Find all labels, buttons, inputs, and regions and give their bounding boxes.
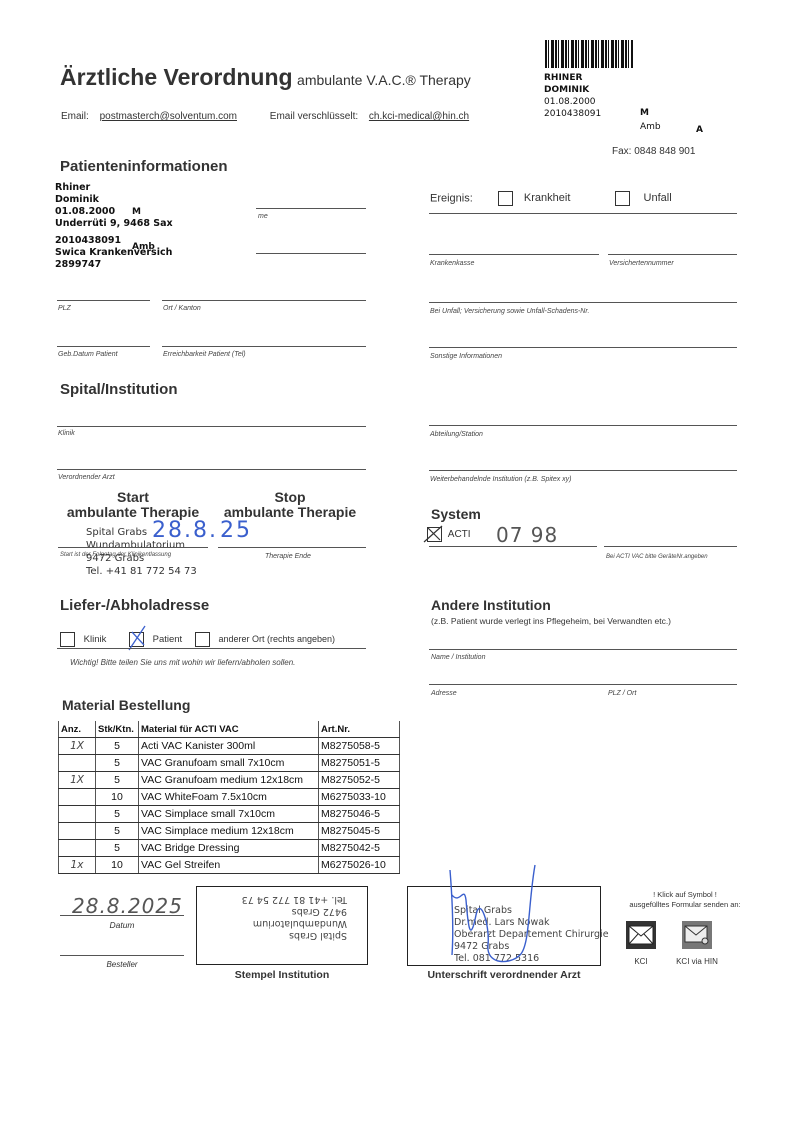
material-name-cell: VAC Simplace medium 12x18cm: [139, 823, 319, 840]
table-row: 1X5Acti VAC Kanister 300mlM8275058-5: [59, 738, 400, 755]
title-main: Ärztliche Verordnung: [60, 64, 293, 90]
start-line: [58, 547, 208, 548]
sticker-id: 2010438091: [544, 108, 601, 120]
qty-cell[interactable]: 1X: [59, 772, 96, 789]
patient-insured-no: 2899747: [55, 259, 173, 271]
department-line[interactable]: [429, 425, 737, 426]
per-box-cell: 5: [96, 823, 139, 840]
material-name-cell: VAC WhiteFoam 7.5x10cm: [139, 789, 319, 806]
send-kci-button[interactable]: [626, 921, 656, 949]
send-kci-label: KCI: [620, 957, 662, 966]
qty-cell[interactable]: [59, 823, 96, 840]
table-row: 1X5VAC Granufoam medium 12x18cmM8275052-…: [59, 772, 400, 789]
art-no-cell: M8275052-5: [319, 772, 400, 789]
name-label: me: [258, 213, 268, 220]
col-per-box: Stk/Ktn.: [96, 721, 139, 738]
qty-cell[interactable]: [59, 806, 96, 823]
event-label: Ereignis:: [430, 192, 473, 204]
form-title: Ärztliche Verordnung ambulante V.A.C.® T…: [60, 64, 471, 91]
ort-line[interactable]: [162, 300, 366, 301]
stop-line: [218, 547, 366, 548]
art-no-cell: M6275026-10: [319, 857, 400, 874]
qty-cell[interactable]: 1x: [59, 857, 96, 874]
event-line: [429, 213, 737, 214]
table-row: 5VAC Bridge DressingM8275042-5: [59, 840, 400, 857]
stamp-line-4: Tel. +41 81 772 54 73: [227, 893, 347, 905]
col-art: Art.Nr.: [319, 721, 400, 738]
illness-checkbox[interactable]: [498, 191, 513, 206]
ort-label: Ort / Kanton: [163, 305, 201, 312]
other-institution-heading: Andere Institution: [431, 597, 551, 613]
stamp-label: Stempel Institution: [196, 969, 368, 981]
insured-no-label: Versichertennummer: [609, 260, 674, 267]
art-no-cell: M8275058-5: [319, 738, 400, 755]
title-sub: ambulante V.A.C.® Therapy: [297, 72, 471, 88]
qty-cell[interactable]: 1X: [59, 738, 96, 755]
patient-lastname: Rhiner: [55, 182, 173, 194]
art-no-cell: M8275045-5: [319, 823, 400, 840]
clinic-label: Klinik: [58, 430, 75, 437]
art-no-cell: M6275033-10: [319, 789, 400, 806]
send-hin-button[interactable]: [682, 921, 712, 949]
delivery-patient-label: Patient: [153, 634, 183, 645]
envelope-icon: [628, 925, 654, 945]
per-box-cell: 5: [96, 755, 139, 772]
sticker-sex: M: [640, 107, 649, 119]
system-heading: System: [431, 506, 481, 522]
event-row: Ereignis: Krankheit Unfall: [430, 191, 672, 206]
dob-line[interactable]: [57, 346, 150, 347]
col-material: Material für ACTI VAC: [139, 721, 319, 738]
art-no-cell: M8275051-5: [319, 755, 400, 772]
accident-line[interactable]: [429, 302, 737, 303]
patient-heading: Patienteninformationen: [60, 158, 228, 175]
device-line-2: [604, 546, 737, 547]
secure-envelope-icon: [684, 924, 710, 946]
fax-number: Fax: 0848 848 901: [612, 146, 695, 157]
system-row: ACTI: [427, 527, 471, 542]
patient-label-block: Rhiner Dominik 01.08.2000 Underrüti 9, 9…: [55, 182, 173, 271]
date-line: [60, 915, 184, 916]
email-link[interactable]: postmasterch@solventum.com: [100, 111, 237, 122]
delivery-other-label: anderer Ort (rechts angeben): [218, 634, 335, 644]
acti-label: ACTI: [448, 529, 471, 540]
send-hint-1: ! Klick auf Symbol !: [605, 890, 765, 900]
stamp-line-3: 9472 Grabs: [227, 905, 347, 917]
material-heading: Material Bestellung: [62, 697, 190, 713]
per-box-cell: 5: [96, 806, 139, 823]
device-label: Bei ACTI VAC bitte GeräteNr.angeben: [606, 554, 708, 560]
delivery-clinic-label: Klinik: [84, 634, 107, 645]
table-row: 5VAC Simplace small 7x10cmM8275046-5: [59, 806, 400, 823]
institution-stamp-box[interactable]: Spital Grabs Wundambulatorium 9472 Grabs…: [196, 886, 368, 965]
delivery-patient-checkbox[interactable]: [129, 632, 144, 647]
orderer-line[interactable]: [60, 955, 184, 956]
doctor-line[interactable]: [57, 469, 366, 470]
institution-stamp: Spital Grabs Wundambulatorium 9472 Grabs…: [227, 893, 347, 941]
send-hint-2: ausgefülltes Formular senden an:: [605, 900, 765, 910]
dob-label: Geb.Datum Patient: [58, 351, 118, 358]
plz-line[interactable]: [57, 300, 150, 301]
start-heading: Start ambulante Therapie: [58, 490, 208, 520]
email-enc-label: Email verschlüsselt:: [270, 111, 358, 122]
material-name-cell: VAC Granufoam medium 12x18cm: [139, 772, 319, 789]
art-no-cell: M8275046-5: [319, 806, 400, 823]
contact-line: Email: postmasterch@solventum.com Email …: [61, 111, 469, 122]
other-plz-label: PLZ / Ort: [608, 690, 636, 697]
tel-label: Erreichbarkeit Patient (Tel): [163, 351, 246, 358]
orderer-label: Besteller: [60, 960, 184, 969]
followup-label: Weiterbehandelnde Institution (z.B. Spit…: [430, 476, 572, 483]
delivery-other-checkbox[interactable]: [195, 632, 210, 647]
accident-info-label: Bei Unfall; Versicherung sowie Unfall-Sc…: [430, 308, 589, 315]
send-hin-label: KCI via HIN: [672, 957, 722, 966]
followup-line[interactable]: [429, 470, 737, 471]
other-address-line[interactable]: [429, 684, 737, 685]
material-table: Anz. Stk/Ktn. Material für ACTI VAC Art.…: [58, 721, 400, 874]
other-address-label: Adresse: [431, 690, 457, 697]
delivery-heading: Liefer-/Abholadresse: [60, 597, 209, 614]
device-line: [429, 546, 597, 547]
email-enc-link[interactable]: ch.kci-medical@hin.ch: [369, 111, 469, 122]
table-row: 5VAC Simplace medium 12x18cmM8275045-5: [59, 823, 400, 840]
other-info-line[interactable]: [429, 347, 737, 348]
sticker-lastname: RHINER: [544, 72, 601, 84]
signature-label: Unterschrift verordnender Arzt: [407, 969, 601, 981]
delivery-line: [57, 648, 366, 649]
material-name-cell: VAC Simplace small 7x10cm: [139, 806, 319, 823]
insurer-line[interactable]: [429, 254, 599, 255]
sticker-type: Amb: [640, 121, 661, 133]
date-label: Datum: [60, 920, 184, 930]
insured-no-line[interactable]: [608, 254, 737, 255]
check-x-icon: [422, 525, 444, 543]
email-label: Email:: [61, 111, 89, 122]
delivery-clinic-checkbox[interactable]: [60, 632, 75, 647]
qty-cell[interactable]: [59, 789, 96, 806]
stop-date-value[interactable]: 25: [220, 518, 252, 543]
qty-cell[interactable]: [59, 755, 96, 772]
per-box-cell: 10: [96, 857, 139, 874]
art-no-cell: M8275042-5: [319, 840, 400, 857]
device-number[interactable]: 07 98: [496, 523, 558, 547]
name-line: [256, 208, 366, 209]
accident-checkbox[interactable]: [615, 191, 630, 206]
patient-firstname: Dominik: [55, 194, 173, 206]
material-name-cell: VAC Bridge Dressing: [139, 840, 319, 857]
qty-cell[interactable]: [59, 840, 96, 857]
sticker-code: A: [696, 124, 703, 136]
other-name-label: Name / Institution: [431, 654, 485, 661]
table-row: 1x10VAC Gel StreifenM6275026-10: [59, 857, 400, 874]
other-info-label: Sonstige Informationen: [430, 353, 502, 360]
start-heading-1: Start: [58, 490, 208, 505]
address-line: [256, 253, 366, 254]
signature-scribble: [440, 855, 550, 975]
per-box-cell: 10: [96, 789, 139, 806]
tel-line[interactable]: [162, 346, 366, 347]
other-institution-subtitle: (z.B. Patient wurde verlegt ins Pflegehe…: [431, 616, 671, 626]
barcode: [545, 40, 633, 68]
institution-heading: Spital/Institution: [60, 381, 178, 398]
table-row: 10VAC WhiteFoam 7.5x10cmM6275033-10: [59, 789, 400, 806]
patient-address: Underrüti 9, 9468 Sax: [55, 218, 173, 230]
material-name-cell: VAC Gel Streifen: [139, 857, 319, 874]
patient-type: Amb: [132, 241, 155, 253]
material-name-cell: VAC Granufoam small 7x10cm: [139, 755, 319, 772]
start-date-value[interactable]: 28.8.: [152, 518, 218, 543]
insurer-label: Krankenkasse: [430, 260, 474, 267]
col-qty: Anz.: [59, 721, 96, 738]
per-box-cell: 5: [96, 772, 139, 789]
department-label: Abteilung/Station: [430, 431, 483, 438]
material-header-row: Anz. Stk/Ktn. Material für ACTI VAC Art.…: [59, 721, 400, 738]
doctor-label: Verordnender Arzt: [58, 474, 115, 481]
patient-dob: 01.08.2000: [55, 206, 173, 218]
clinic-line[interactable]: [57, 426, 366, 427]
start-stamp-line-4: Tel. +41 81 772 54 73: [86, 565, 197, 578]
stop-heading: Stop ambulante Therapie: [215, 490, 365, 520]
label-sticker: RHINER DOMINIK 01.08.2000 2010438091: [544, 72, 601, 120]
patient-sex: M: [132, 206, 141, 218]
stamp-line-1: Spital Grabs: [227, 929, 347, 941]
start-label: Start ist der Folgetag der Klinikentlass…: [60, 552, 171, 558]
stamp-line-2: Wundambulatorium: [227, 917, 347, 929]
illness-label: Krankheit: [524, 192, 570, 204]
per-box-cell: 5: [96, 738, 139, 755]
material-name-cell: Acti VAC Kanister 300ml: [139, 738, 319, 755]
accident-label: Unfall: [644, 192, 672, 204]
table-row: 5VAC Granufoam small 7x10cmM8275051-5: [59, 755, 400, 772]
acti-checkbox[interactable]: [427, 527, 442, 542]
sticker-dob: 01.08.2000: [544, 96, 601, 108]
send-hint: ! Klick auf Symbol ! ausgefülltes Formul…: [605, 890, 765, 910]
stop-heading-1: Stop: [215, 490, 365, 505]
stop-label: Therapie Ende: [265, 553, 311, 560]
sticker-firstname: DOMINIK: [544, 84, 601, 96]
per-box-cell: 5: [96, 840, 139, 857]
delivery-options: Klinik Patient anderer Ort (rechts angeb…: [60, 632, 335, 647]
other-name-line[interactable]: [429, 649, 737, 650]
delivery-note: Wichtig! Bitte teilen Sie uns mit wohin …: [70, 658, 295, 667]
plz-label: PLZ: [58, 305, 71, 312]
